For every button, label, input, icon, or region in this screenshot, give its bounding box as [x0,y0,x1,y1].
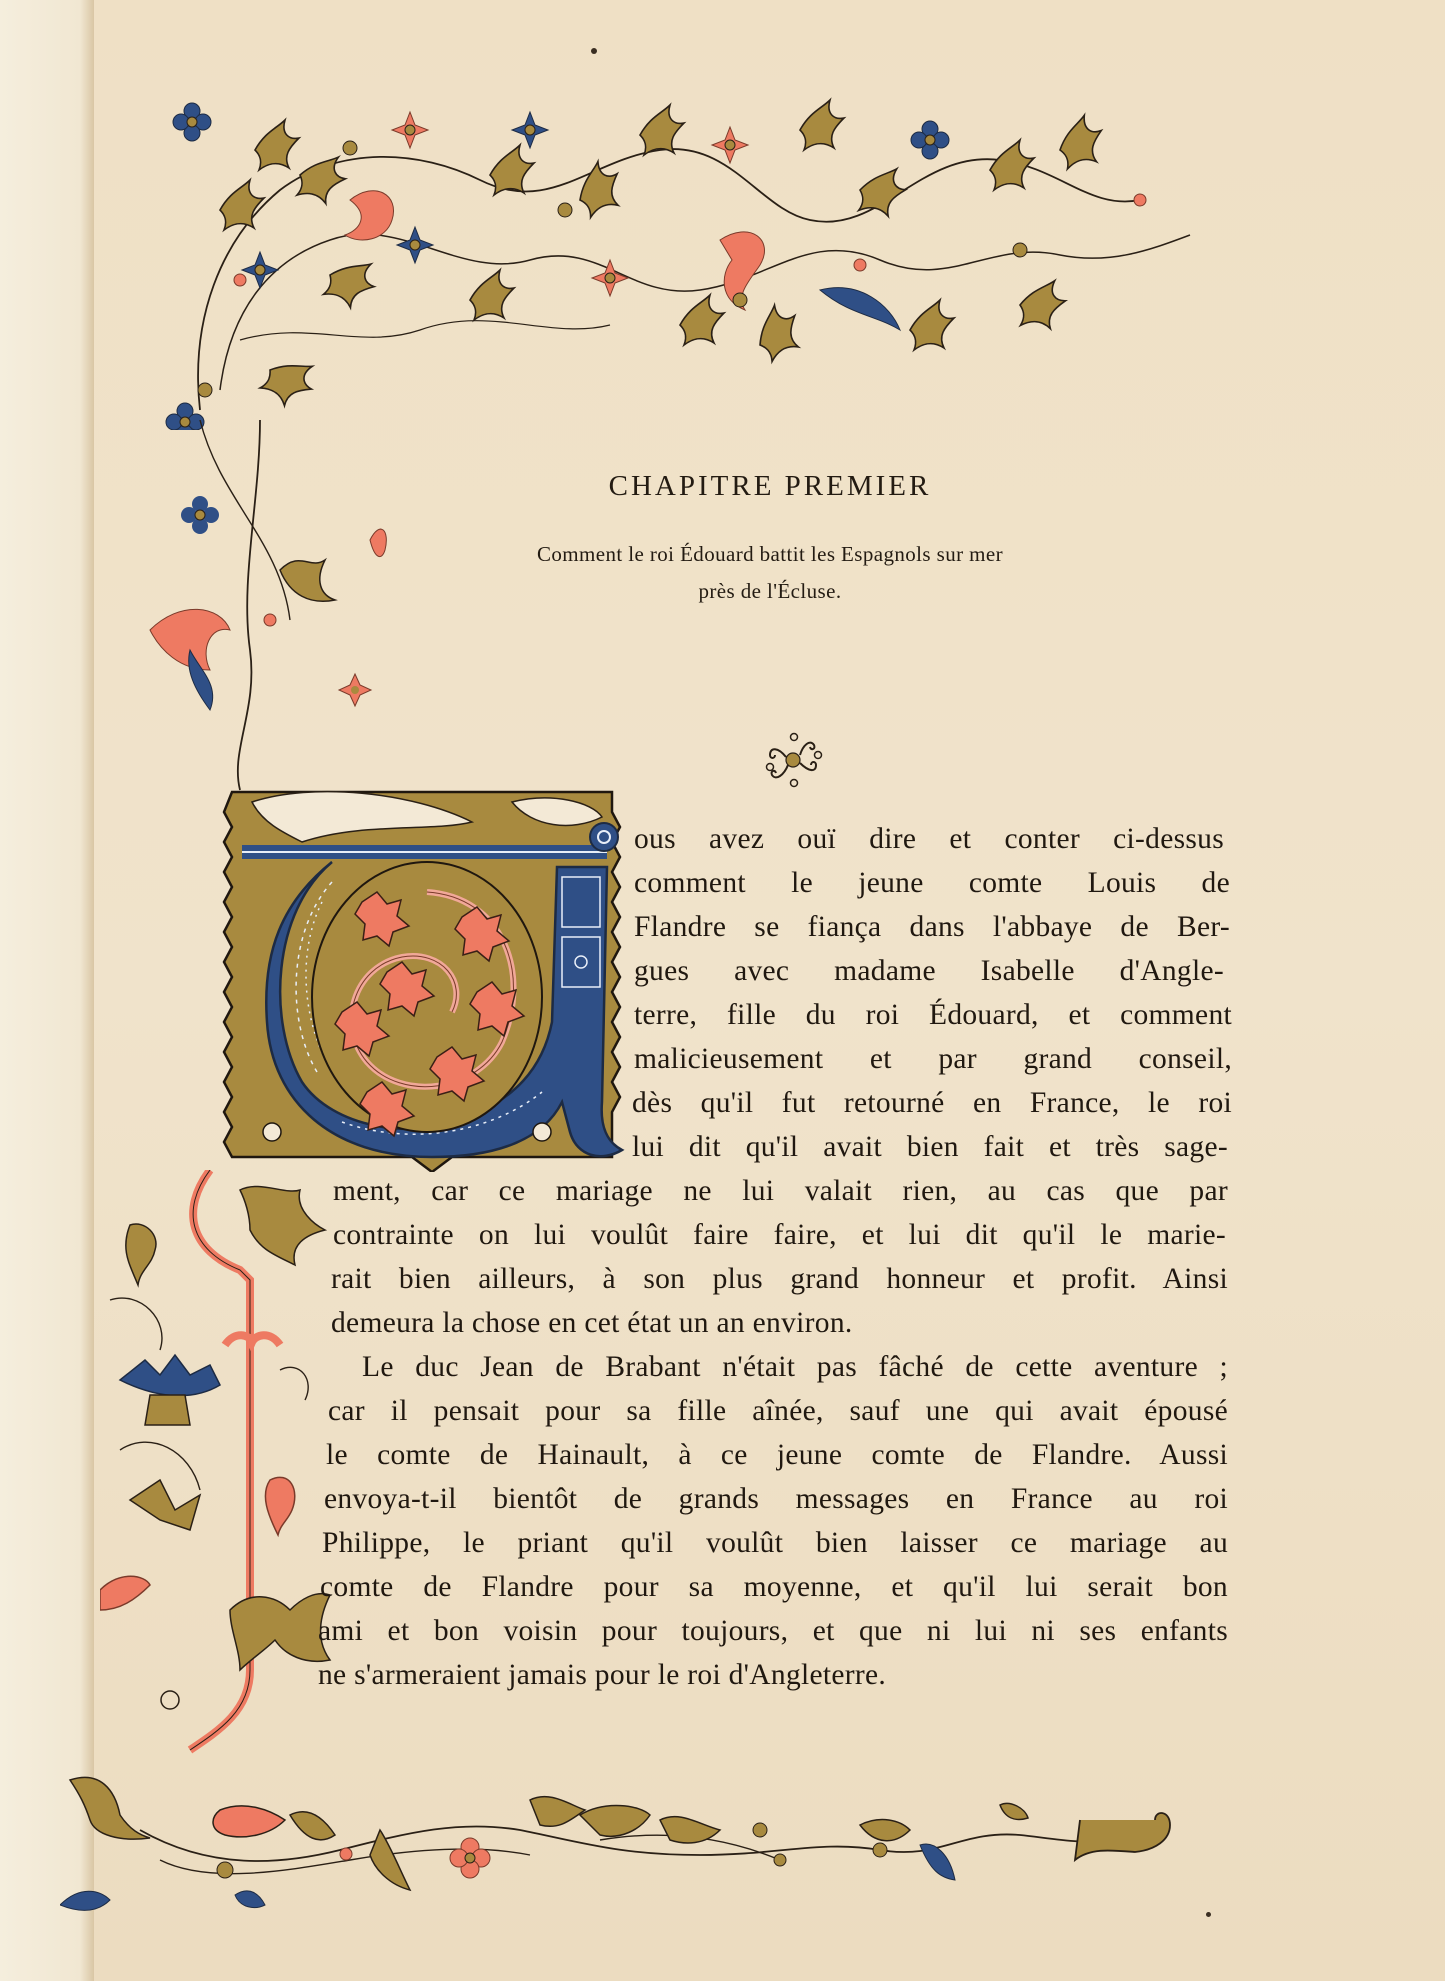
fleuron-icon [758,725,828,795]
text-line: ami et bon voisin pour toujours, et que … [318,1615,1228,1648]
floral-vine-bottom-border-icon [60,1760,1260,1940]
floral-vine-left-border-icon [100,1170,340,1790]
text-line: Flandre se fiança dans l'abbaye de Ber- [634,911,1230,944]
text-line: comment le jeune comte Louis de [634,867,1230,900]
text-line: ment, car ce mariage ne lui valait rien,… [333,1175,1228,1208]
text-line: comte de Flandre pour sa moyenne, et qu'… [320,1571,1228,1604]
chapter-subtitle: Comment le roi Édouard battit les Espagn… [370,536,1170,610]
text-line: le comte de Hainault, à ce jeune comte d… [326,1439,1228,1472]
text-line: ous avez ouï dire et conter ci-dessus [634,823,1224,856]
chapter-title: CHAPITRE PREMIER [370,470,1170,503]
floral-vine-border-icon [160,90,1210,430]
subtitle-line: Comment le roi Édouard battit les Espagn… [370,536,1170,573]
text-line: car il pensait pour sa fille aînée, sauf… [328,1395,1228,1428]
paper-speck [591,48,597,54]
text-line: malicieusement et par grand conseil, [634,1043,1232,1076]
illuminated-initial-V-icon [212,772,632,1172]
floral-vine-left-border-icon [140,420,400,800]
text-line: ne s'armeraient jamais pour le roi d'Ang… [318,1659,1228,1692]
text-line: demeura la chose en cet état un an envir… [331,1307,1228,1340]
subtitle-line: près de l'Écluse. [370,573,1170,610]
text-line: terre, fille du roi Édouard, et comment [634,999,1232,1032]
text-line: Le duc Jean de Brabant n'était pas fâché… [362,1351,1228,1384]
book-gutter [0,0,94,1981]
text-line: lui dit qu'il avait bien fait et très sa… [632,1131,1228,1164]
text-line: gues avec madame Isabelle d'Angle- [634,955,1224,988]
text-line: rait bien ailleurs, à son plus grand hon… [331,1263,1228,1296]
text-line: envoya-t-il bientôt de grands messages e… [324,1483,1228,1516]
text-line: dès qu'il fut retourné en France, le roi [632,1087,1232,1120]
text-line: contrainte on lui voulût faire faire, et… [333,1219,1226,1252]
text-line: Philippe, le priant qu'il voulût bien la… [322,1527,1228,1560]
